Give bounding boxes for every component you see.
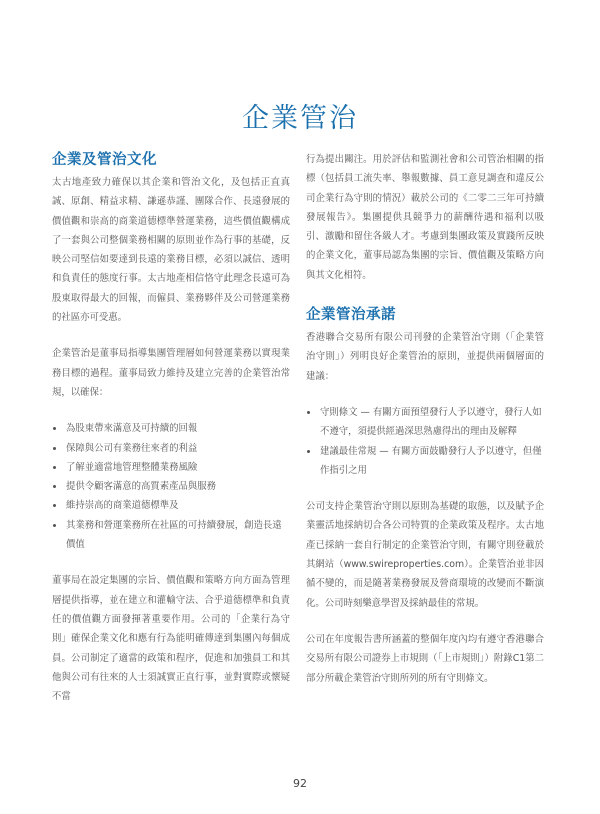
page-title: 企業管治 (0, 96, 600, 135)
list-item: 守則條文 — 有關方面預望發行人予以遵守，發行人如不遵守，須提供經過深思熟慮得出… (306, 403, 544, 442)
left-column: 企業及管治文化 太古地產致力確保以其企業和管治文化，及包括正直真誠、原創、精益求… (52, 150, 290, 706)
list-item-text: 建議最佳常規 — 有關方面鼓勵發行人予以遵守，但僅作指引之用 (320, 446, 542, 476)
bullet-icon (53, 447, 56, 450)
culture-paragraph-1: 太古地產致力確保以其企業和管治文化，及包括正直真誠、原創、精益求精、謙遜恭謹、團… (52, 173, 290, 327)
list-item-text: 了解並適當地管理整體業務風險 (66, 462, 197, 473)
bullet-icon (307, 411, 310, 414)
list-item-text: 維持崇高的商業道德標準及 (66, 500, 179, 511)
bullet-icon (53, 504, 56, 507)
page-number: 92 (0, 777, 600, 790)
list-item-text: 守則條文 — 有關方面預望發行人予以遵守，發行人如不遵守，須提供經過深思熟慮得出… (320, 407, 542, 437)
list-item: 保障與公司有業務往來者的利益 (52, 439, 290, 458)
bullet-icon (53, 485, 56, 488)
list-item: 為股東帶來滿意及可持續的回報 (52, 419, 290, 438)
list-item: 其業務和營運業務所在社區的可持續發展，創造長遠價值 (52, 516, 290, 555)
bullet-icon (53, 466, 56, 469)
objectives-list: 為股東帶來滿意及可持續的回報 保障與公司有業務往來者的利益 了解並適當地管理整體… (52, 419, 290, 554)
commitment-paragraph-3: 公司在年度報告書所涵蓋的整個年度內均有遵守香港聯合交易所有限公司證券上市規則（「… (306, 630, 544, 688)
bullet-icon (53, 524, 56, 527)
list-item-text: 其業務和營運業務所在社區的可持續發展，創造長遠價值 (66, 520, 282, 550)
section-heading-commitment: 企業管治承諾 (306, 305, 544, 325)
commitment-paragraph-2: 公司支持企業管治守則以原則為基礎的取態，以及賦予企業靈活地採納切合各公司特質的企… (306, 497, 544, 613)
culture-paragraph-2: 企業管治是董事局指導集團管理層如何營運業務以實現業務目標的過程。董事局致力維持及… (52, 344, 290, 402)
section-heading-culture: 企業及管治文化 (52, 150, 290, 170)
list-item-text: 保障與公司有業務往來者的利益 (66, 443, 197, 454)
commitment-paragraph-1: 香港聯合交易所有限公司刊發的企業管治守則（「企業管治守則」）列明良好企業管治的原… (306, 328, 544, 386)
list-item: 維持崇高的商業道德標準及 (52, 496, 290, 515)
list-item: 提供令顧客滿意的高質素產品與服務 (52, 477, 290, 496)
bullet-icon (307, 450, 310, 453)
list-item: 了解並適當地管理整體業務風險 (52, 458, 290, 477)
culture-paragraph-3: 董事局在設定集團的宗旨、價值觀和策略方向方面為管理層提供指導，並在建立和灌輸守法… (52, 571, 290, 706)
list-item-text: 為股東帶來滿意及可持續的回報 (66, 423, 197, 434)
right-column: 行為提出關注。用於評估和監測社會和公司管治相關的指標（包括員工流失率、舉報數據、… (306, 150, 544, 688)
list-item-text: 提供令顧客滿意的高質素產品與服務 (66, 481, 216, 492)
list-item: 建議最佳常規 — 有關方面鼓勵發行人予以遵守，但僅作指引之用 (306, 442, 544, 481)
culture-paragraph-continued: 行為提出關注。用於評估和監測社會和公司管治相關的指標（包括員工流失率、舉報數據、… (306, 150, 544, 285)
bullet-icon (53, 427, 56, 430)
code-levels-list: 守則條文 — 有關方面預望發行人予以遵守，發行人如不遵守，須提供經過深思熟慮得出… (306, 403, 544, 480)
